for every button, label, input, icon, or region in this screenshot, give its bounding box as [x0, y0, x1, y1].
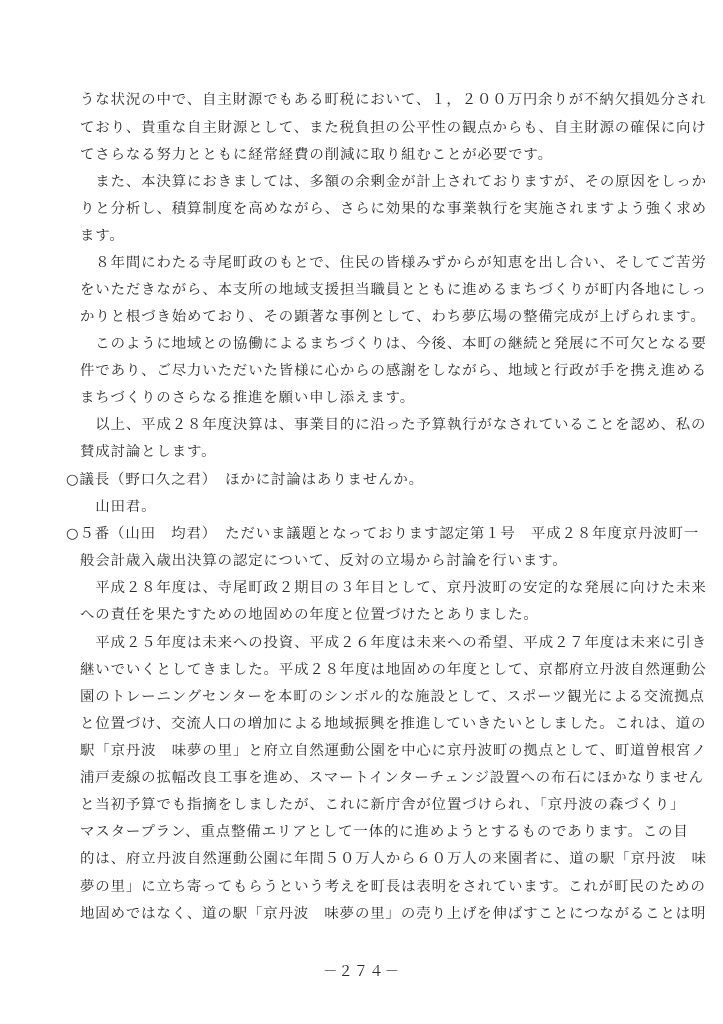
- text-line: 賛成討論とします。: [80, 442, 216, 462]
- text-line: てさらなる努力とともに経常経費の削減に取り組むことが必要です。: [80, 145, 553, 165]
- text-line: 浦戸麦線の拡幅改良工事を進め、スマートインターチェンジ設置への布石にほかなりませ…: [80, 768, 704, 788]
- document-page: うな状況の中で、自主財源でもある町税において、１，２００万円余りが不納欠損処分さ…: [0, 0, 723, 1024]
- text-line: と当初予算でも指摘をしましたが、これに新庁舎が位置づけられ、「京丹波の森づくり」: [80, 795, 685, 815]
- text-line: ており、貴重な自主財源として、また税負担の公平性の観点からも、自主財源の確保に向…: [80, 118, 707, 138]
- text-line: 駅「京丹波 味夢の里」と府立自然運動公園を中心に京丹波町の拠点として、町道曽根宮…: [80, 741, 707, 761]
- text-line: まちづくりのさらなる推進を願い申し添えます。: [80, 388, 415, 408]
- page-number: －２７４－: [0, 960, 723, 981]
- text-line: このように地域との協働によるまちづくりは、今後、本町の継続と発展に不可欠となる要: [80, 334, 707, 354]
- text-line: 夢の里」に立ち寄ってもらうという考えを町長は表明をされています。これが町民のため…: [80, 877, 706, 897]
- text-line: 山田君。: [80, 497, 156, 517]
- text-line: 地固めではなく、道の駅「京丹波 味夢の里」の売り上げを伸ばすことにつながることは…: [80, 904, 706, 924]
- text-line: 平成２５年度は未来への投資、平成２６年度は未来への希望、平成２７年度は未来に引き: [80, 633, 707, 653]
- text-line: 的は、府立丹波自然運動公園に年間５０万人から６０万人の来園者に、道の駅「京丹波 …: [80, 849, 707, 869]
- text-line: うな状況の中で、自主財源でもある町税において、１，２００万円余りが不納欠損処分さ…: [80, 90, 706, 110]
- text-line: 以上、平成２８年度決算は、事業目的に沿った予算執行がなされていることを認め、私の: [80, 415, 706, 435]
- text-line: 平成２８年度は、寺尾町政２期目の３年目として、京丹波町の安定的な発展に向けた未来: [80, 578, 707, 598]
- text-line: と位置づけ、交流人口の増加による地域振興を推進していきたいとしました。これは、道…: [80, 714, 706, 734]
- text-line: 園のトレーニングセンターを本町のシンボル的な施設として、スポーツ観光による交流拠…: [80, 687, 705, 707]
- text-line: 件であり、ご尽力いただいた皆様に心からの感謝をしながら、地域と行政が手を携え進め…: [80, 361, 707, 381]
- text-line: また、本決算におきましては、多額の余剰金が計上されておりますが、その原因をしっか: [80, 172, 707, 192]
- text-line: 継いでいくとしてきました。平成２８年度は地固めの年度として、京都府立丹波自然運動…: [80, 660, 707, 680]
- text-line: をいただきながら、本支所の地域支援担当職員とともに進めるまちづくりが町内各地にし…: [80, 280, 707, 300]
- speaker-line-chair: ○議長（野口久之君） ほかに討論はありませんか。: [66, 470, 424, 490]
- speaker-line-member-5: ○５番（山田 均君） ただいま議題となっております認定第１号 平成２８年度京丹波…: [66, 524, 699, 544]
- text-line: かりと根づき始めており、その顕著な事例として、わち夢広場の整備完成が上げられます…: [80, 307, 705, 327]
- text-line: ８年間にわたる寺尾町政のもとで、住民の皆様みずからが知恵を出し合い、そしてご苦労: [80, 253, 707, 273]
- text-line: ます。: [80, 226, 125, 246]
- text-line: りと分析し、積算制度を高めながら、さらに効果的な事業執行を実施されますよう強く求…: [80, 199, 707, 219]
- text-line: への責任を果たすための地固めの年度と位置づけたとありました。: [80, 605, 539, 625]
- text-line: 般会計歳入歳出決算の認定について、反対の立場から討論を行います。: [80, 551, 568, 571]
- text-line: マスタープラン、重点整備エリアとして一体的に進めようとするものであります。この目: [80, 822, 689, 842]
